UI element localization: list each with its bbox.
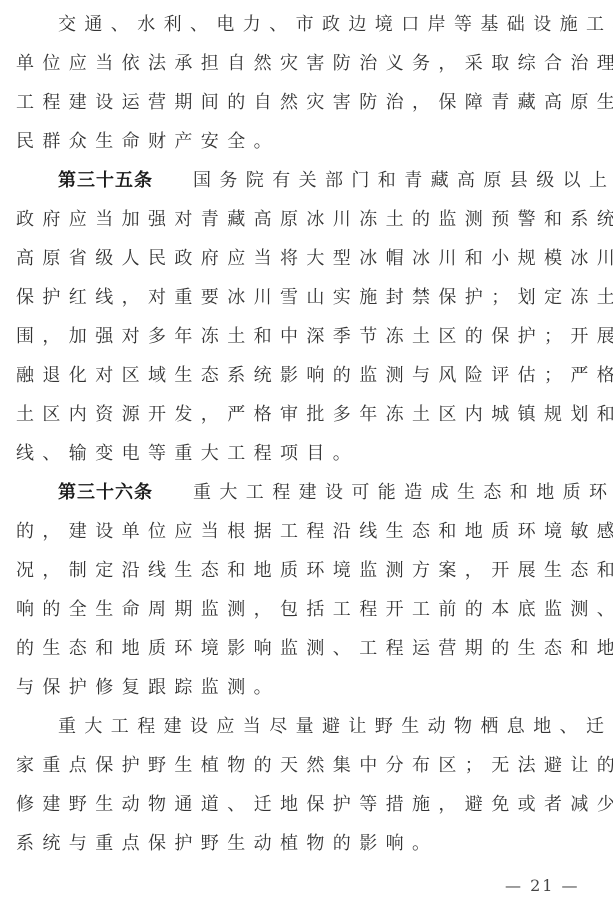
text-line: 修建野生动物通道、迁地保护等措施，避免或者减少对自然生态 bbox=[16, 794, 606, 816]
text-line: 的生态和地质环境影响监测、工程运营期的生态和地质环境变化 bbox=[16, 638, 606, 660]
text-line: 线、输变电等重大工程项目。 bbox=[16, 443, 606, 465]
text-line: 围，加强对多年冻土和中深季节冻土区的保护；开展冰川冻土消 bbox=[16, 326, 606, 348]
text-line: 融退化对区域生态系统影响的监测与风险评估；严格控制多年冻 bbox=[16, 365, 606, 387]
text-line: 家重点保护野生植物的天然集中分布区；无法避让的，应当采取 bbox=[16, 755, 606, 777]
article-text: 重大工程建设可能造成生态和地质环境影响 bbox=[193, 482, 613, 503]
text-line: 响的全生命周期监测，包括工程开工前的本底监测、工程建设中 bbox=[16, 599, 606, 621]
article-heading: 第三十五条 bbox=[58, 170, 153, 191]
text-line: 高原省级人民政府应当将大型冰帽冰川和小规模冰川群划入生态 bbox=[16, 248, 606, 270]
text-line: 政府应当加强对青藏高原冰川冻土的监测预警和系统保护。青藏 bbox=[16, 209, 606, 231]
text-line: 第三十六条重大工程建设可能造成生态和地质环境影响 bbox=[58, 482, 613, 504]
article-text: 国务院有关部门和青藏高原县级以上地方人民 bbox=[193, 170, 613, 191]
text-line: 保护红线，对重要冰川雪山实施封禁保护；划定冻土区保护范 bbox=[16, 287, 606, 309]
text-line: 与保护修复跟踪监测。 bbox=[16, 677, 606, 699]
text-line: 土区内资源开发，严格审批多年冻土区内城镇规划和交通、管 bbox=[16, 404, 606, 426]
text-line: 第三十五条国务院有关部门和青藏高原县级以上地方人民 bbox=[58, 170, 613, 192]
text-line: 重大工程建设应当尽量避让野生动物栖息地、迁徙通道和国 bbox=[58, 716, 613, 738]
text-line: 交通、水利、电力、市政边境口岸等基础设施工程建设运营 bbox=[58, 14, 613, 36]
article-heading: 第三十六条 bbox=[58, 482, 153, 503]
text-line: 系统与重点保护野生动植物的影响。 bbox=[16, 833, 606, 855]
text-line: 的，建设单位应当根据工程沿线生态和地质环境敏感脆弱区域状 bbox=[16, 521, 606, 543]
text-line: 工程建设运营期间的自然灾害防治，保障青藏高原生态安全和人 bbox=[16, 92, 606, 114]
text-line: 民群众生命财产安全。 bbox=[16, 131, 606, 153]
page-number: — 21 — bbox=[505, 876, 580, 896]
document-page: 交通、水利、电力、市政边境口岸等基础设施工程建设运营 单位应当依法承担自然灾害防… bbox=[0, 0, 613, 906]
text-line: 况，制定沿线生态和地质环境监测方案，开展生态和地质环境影 bbox=[16, 560, 606, 582]
text-line: 单位应当依法承担自然灾害防治义务，采取综合治理措施，加强 bbox=[16, 53, 606, 75]
